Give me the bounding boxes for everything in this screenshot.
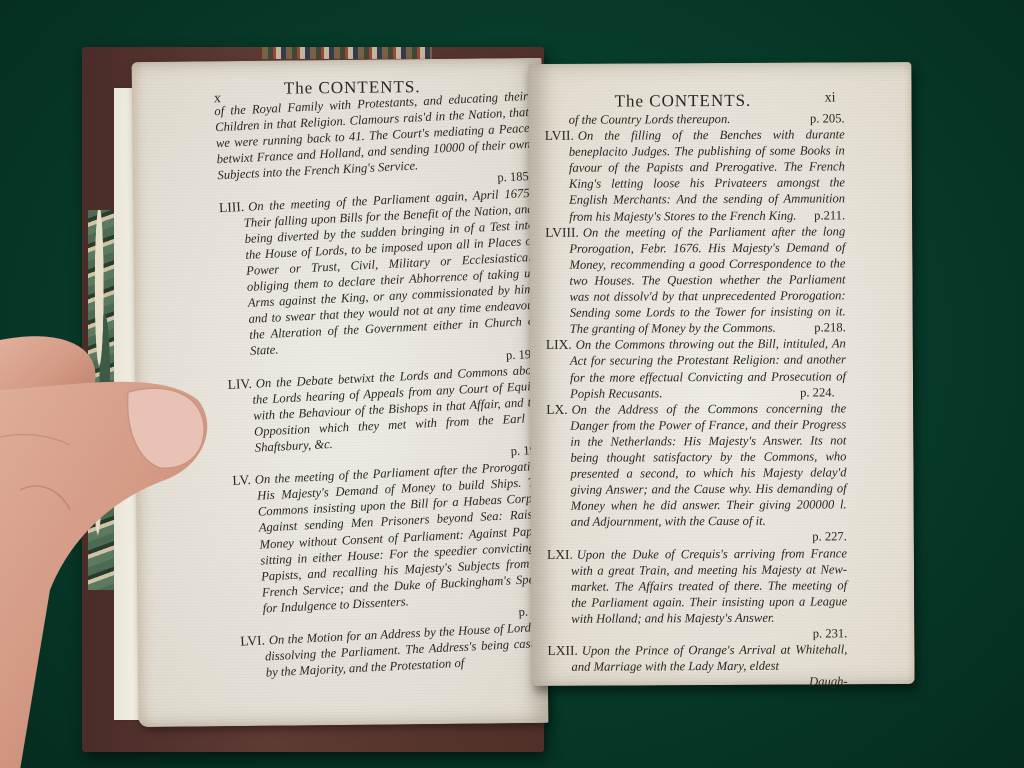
page-ref: p.218. xyxy=(838,320,846,336)
chapter-number: LIX. xyxy=(546,337,572,352)
chapter-number: LVI. xyxy=(240,633,265,649)
page-ref: p. 205. xyxy=(810,110,845,126)
contents-entry: LVIII.On the meeting of the Parliament a… xyxy=(545,223,846,337)
chapter-number: LX. xyxy=(546,401,567,416)
page-ref: p. 224. xyxy=(824,384,846,400)
contents-entry: LIV.On the Debate betwixt the Lords and … xyxy=(227,361,545,473)
hand-holding-book xyxy=(0,330,210,768)
contents-entry: of the Country Lords thereupon. p. 205. xyxy=(545,110,845,128)
chapter-number: LIII. xyxy=(219,199,245,215)
contents-list: of the Royal Family with Protestants, an… xyxy=(214,88,556,682)
chapter-number: LXI. xyxy=(547,546,573,561)
contents-entry: LV.On the meeting of the Parliament afte… xyxy=(232,458,553,634)
contents-entry: LIII.On the meeting of the Parliament ag… xyxy=(219,184,541,376)
contents-entry: of the Royal Family with Protestants, an… xyxy=(214,88,532,200)
chapter-number: LVII. xyxy=(545,128,574,143)
contents-entry: LVII.On the filling of the Benches with … xyxy=(545,126,846,224)
right-page: The CONTENTS. xi of the Country Lords th… xyxy=(528,62,914,686)
running-head: The CONTENTS. xyxy=(615,91,752,112)
chapter-number: LVIII. xyxy=(545,224,579,239)
chapter-number: LIV. xyxy=(227,375,252,391)
marbled-edge-top xyxy=(262,47,432,59)
contents-entry: LIX.On the Commons throwing out the Bill… xyxy=(546,336,846,402)
page-ref: p. 227. xyxy=(571,529,847,547)
page-ref: p. 231. xyxy=(571,625,847,643)
page-ref: p.211. xyxy=(838,207,845,223)
contents-entry: LXI.Upon the Duke of Crequis's arriving … xyxy=(547,545,848,643)
contents-entry: LX.On the Address of the Commons concern… xyxy=(546,400,847,546)
chapter-number: LV. xyxy=(232,472,251,488)
catchword: Daugh- xyxy=(548,674,848,692)
page-folio: xi xyxy=(825,90,836,106)
contents-entry: LXII.Upon the Prince of Orange's Arrival… xyxy=(547,641,847,675)
contents-list: of the Country Lords thereupon. p. 205. … xyxy=(545,110,848,691)
chapter-number: LXII. xyxy=(547,643,577,658)
